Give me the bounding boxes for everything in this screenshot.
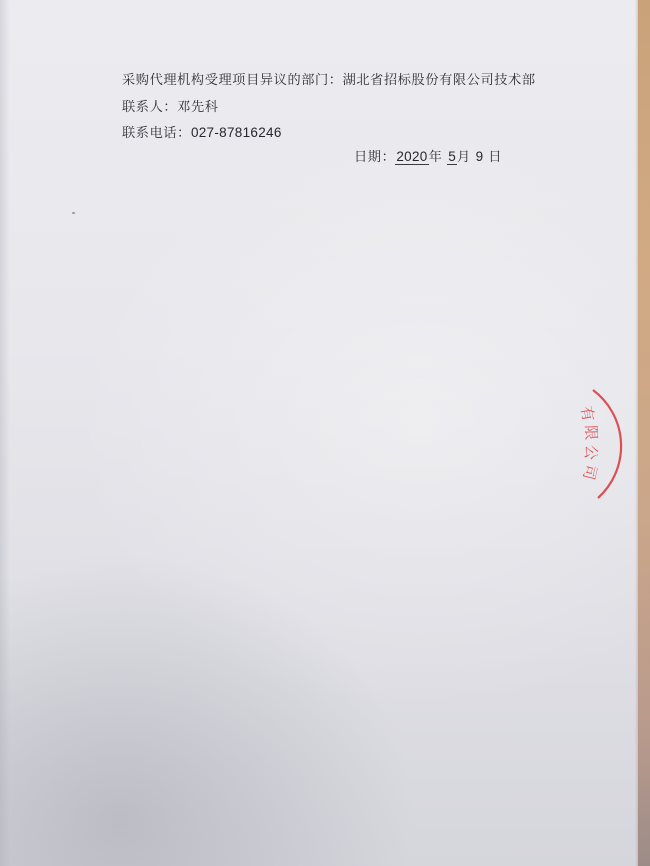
paper-left-shadow bbox=[0, 0, 10, 866]
date-year-unit: 年 bbox=[429, 150, 443, 165]
paper-speck bbox=[72, 212, 75, 214]
date-day: 9 bbox=[476, 149, 484, 164]
date-label: 日期： bbox=[354, 150, 395, 165]
department-label: 采购代理机构受理项目异议的部门： bbox=[122, 73, 343, 88]
date-month-unit: 月 bbox=[457, 150, 471, 165]
document-page: 采购代理机构受理项目异议的部门：湖北省招标股份有限公司技术部 联系人：邓先科 联… bbox=[0, 0, 638, 866]
objection-department-line: 采购代理机构受理项目异议的部门：湖北省招标股份有限公司技术部 bbox=[122, 69, 536, 88]
phone-label: 联系电话： bbox=[122, 126, 191, 141]
department-value: 湖北省招标股份有限公司技术部 bbox=[343, 73, 536, 88]
wooden-table-edge bbox=[638, 0, 650, 866]
date-day-unit: 日 bbox=[488, 150, 502, 165]
stamp-char-3: 公 bbox=[581, 444, 600, 461]
stamp-char-2: 限 bbox=[582, 425, 601, 441]
contact-person-line: 联系人：邓先科 bbox=[122, 96, 219, 115]
date-month: 5 bbox=[447, 149, 457, 165]
stamp-char-4: 司 bbox=[579, 463, 600, 482]
date-line: 日期：2020年 5月 9 日 bbox=[354, 146, 502, 165]
contact-label: 联系人： bbox=[122, 100, 177, 115]
stamp-char-1: 有 bbox=[577, 405, 597, 423]
contact-phone-line: 联系电话：027-87816246 bbox=[122, 122, 282, 141]
date-year: 2020 bbox=[395, 149, 428, 165]
phone-value: 027-87816246 bbox=[191, 125, 282, 140]
contact-value: 邓先科 bbox=[177, 100, 218, 115]
